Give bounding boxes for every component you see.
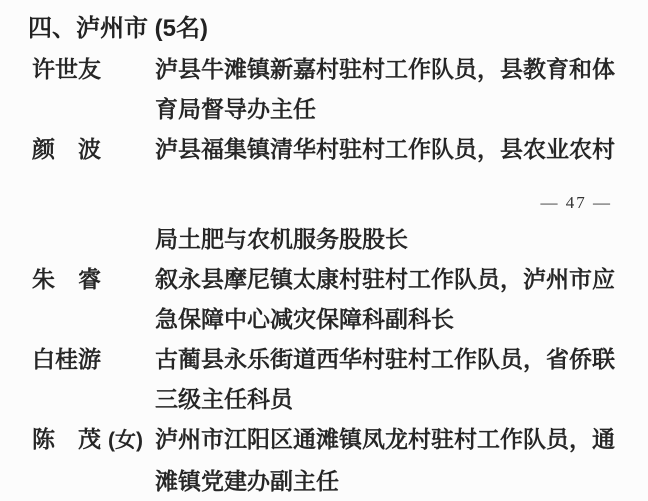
entry-text: 古蔺县永乐街道西华村驻村工作队员，省侨联 [155, 339, 628, 379]
person-name: 白桂游 [32, 339, 155, 379]
name-column-spacer [32, 461, 155, 501]
name-column-spacer [32, 219, 155, 259]
entry-text: 泸州市江阳区通滩镇凤龙村驻村工作队员，通 [155, 419, 628, 461]
person-name-text: 许世友 [32, 56, 101, 82]
person-name-text: 朱 睿 [32, 266, 101, 292]
continuation-row: 三级主任科员 [0, 379, 648, 419]
continuation-row: 急保障中心减灾保障科副科长 [0, 299, 648, 339]
person-name-suffix: (女) [108, 429, 143, 452]
page-number: — 47 — [541, 193, 613, 213]
entry-text: 育局督导办主任 [155, 89, 628, 129]
entry-text: 叙永县摩尼镇太康村驻村工作队员，泸州市应 [155, 259, 628, 299]
entry-text: 局土肥与农机服务股股长 [155, 219, 628, 259]
person-name: 陈 茂(女) [32, 419, 155, 461]
person-name: 颜 波 [32, 129, 155, 169]
entry-row: 颜 波 泸县福集镇清华村驻村工作队员，县农业农村 [0, 129, 648, 169]
scanned-document-page: 四、泸州市 (5名) 许世友 泸县牛滩镇新嘉村驻村工作队员，县教育和体 育局督导… [0, 0, 648, 501]
entry-row: 朱 睿 叙永县摩尼镇太康村驻村工作队员，泸州市应 [0, 259, 648, 299]
name-column-spacer [32, 299, 155, 339]
person-name-text: 白桂游 [32, 346, 101, 372]
entry-text: 滩镇党建办副主任 [155, 461, 628, 501]
section-heading: 四、泸州市 (5名) [0, 9, 648, 49]
entry-row: 陈 茂(女) 泸州市江阳区通滩镇凤龙村驻村工作队员，通 [0, 419, 648, 461]
entry-row: 许世友 泸县牛滩镇新嘉村驻村工作队员，县教育和体 [0, 49, 648, 89]
entry-text: 急保障中心减灾保障科副科长 [155, 299, 628, 339]
name-column-spacer [32, 89, 155, 129]
entry-row: 白桂游 古蔺县永乐街道西华村驻村工作队员，省侨联 [0, 339, 648, 379]
person-name-text: 颜 波 [32, 136, 101, 162]
continuation-row: 滩镇党建办副主任 [0, 461, 648, 501]
continuation-row: 局土肥与农机服务股股长 [0, 219, 648, 259]
continuation-row: 育局督导办主任 [0, 89, 648, 129]
person-name: 朱 睿 [32, 259, 155, 299]
person-name: 许世友 [32, 49, 155, 89]
page-number-row: — 47 — [0, 169, 648, 219]
entry-text: 三级主任科员 [155, 379, 628, 419]
entry-text: 泸县牛滩镇新嘉村驻村工作队员，县教育和体 [155, 49, 628, 89]
entry-text: 泸县福集镇清华村驻村工作队员，县农业农村 [155, 129, 628, 169]
name-column-spacer [32, 379, 155, 419]
person-name-text: 陈 茂 [32, 426, 101, 452]
